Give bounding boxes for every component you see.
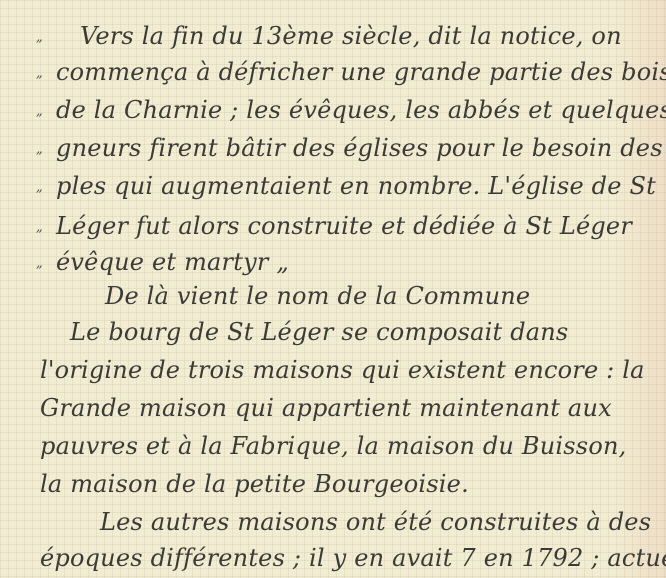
- line-text: Les autres maisons ont été construites à…: [100, 508, 651, 536]
- line-text: Léger fut alors construite et dédiée à S…: [56, 212, 632, 240]
- text-line-12: pauvres et à la Fabrique, la maison du B…: [40, 432, 626, 460]
- text-line-1: „Vers la fin du 13ème siècle, dit la not…: [36, 22, 622, 50]
- line-text: évêque et martyr „: [56, 248, 289, 276]
- line-text: ples qui augmentaient en nombre. L'églis…: [56, 172, 656, 200]
- line-text: époques différentes ; il y en avait 7 en…: [40, 544, 666, 572]
- text-line-8: De là vient le nom de la Commune: [105, 282, 530, 310]
- text-line-13: la maison de la petite Bourgeoisie.: [40, 470, 469, 498]
- line-text: pauvres et à la Fabrique, la maison du B…: [40, 432, 626, 460]
- quote-mark: „: [36, 220, 56, 235]
- text-line-11: Grande maison qui appartient maintenant …: [40, 394, 612, 422]
- line-text: commença à défricher une grande partie d…: [56, 58, 666, 86]
- text-line-14: Les autres maisons ont été construites à…: [100, 508, 651, 536]
- text-line-6: „Léger fut alors construite et dédiée à …: [36, 212, 632, 240]
- line-text: l'origine de trois maisons qui existent …: [40, 356, 645, 384]
- text-line-7: „évêque et martyr „: [36, 248, 289, 276]
- quote-mark: „: [36, 30, 56, 45]
- line-text: la maison de la petite Bourgeoisie.: [40, 470, 469, 498]
- manuscript-page: „Vers la fin du 13ème siècle, dit la not…: [0, 0, 666, 578]
- text-line-9: Le bourg de St Léger se composait dans: [70, 318, 568, 346]
- line-text: De là vient le nom de la Commune: [105, 282, 530, 310]
- quote-mark: „: [36, 66, 56, 81]
- quote-mark: „: [36, 142, 56, 157]
- text-line-2: „commença à défricher une grande partie …: [36, 58, 666, 86]
- text-line-15: époques différentes ; il y en avait 7 en…: [40, 544, 666, 572]
- text-line-10: l'origine de trois maisons qui existent …: [40, 356, 645, 384]
- line-text: Grande maison qui appartient maintenant …: [40, 394, 612, 422]
- line-text: gneurs firent bâtir des églises pour le …: [56, 134, 666, 162]
- line-text: Le bourg de St Léger se composait dans: [70, 318, 568, 346]
- quote-mark: „: [36, 180, 56, 195]
- line-text: de la Charnie ; les évêques, les abbés e…: [56, 96, 666, 124]
- quote-mark: „: [36, 256, 56, 271]
- text-line-4: „gneurs firent bâtir des églises pour le…: [36, 134, 666, 162]
- line-text: Vers la fin du 13ème siècle, dit la noti…: [80, 22, 622, 50]
- quote-mark: „: [36, 104, 56, 119]
- text-line-5: „ples qui augmentaient en nombre. L'égli…: [36, 172, 656, 200]
- text-line-3: „de la Charnie ; les évêques, les abbés …: [36, 96, 666, 124]
